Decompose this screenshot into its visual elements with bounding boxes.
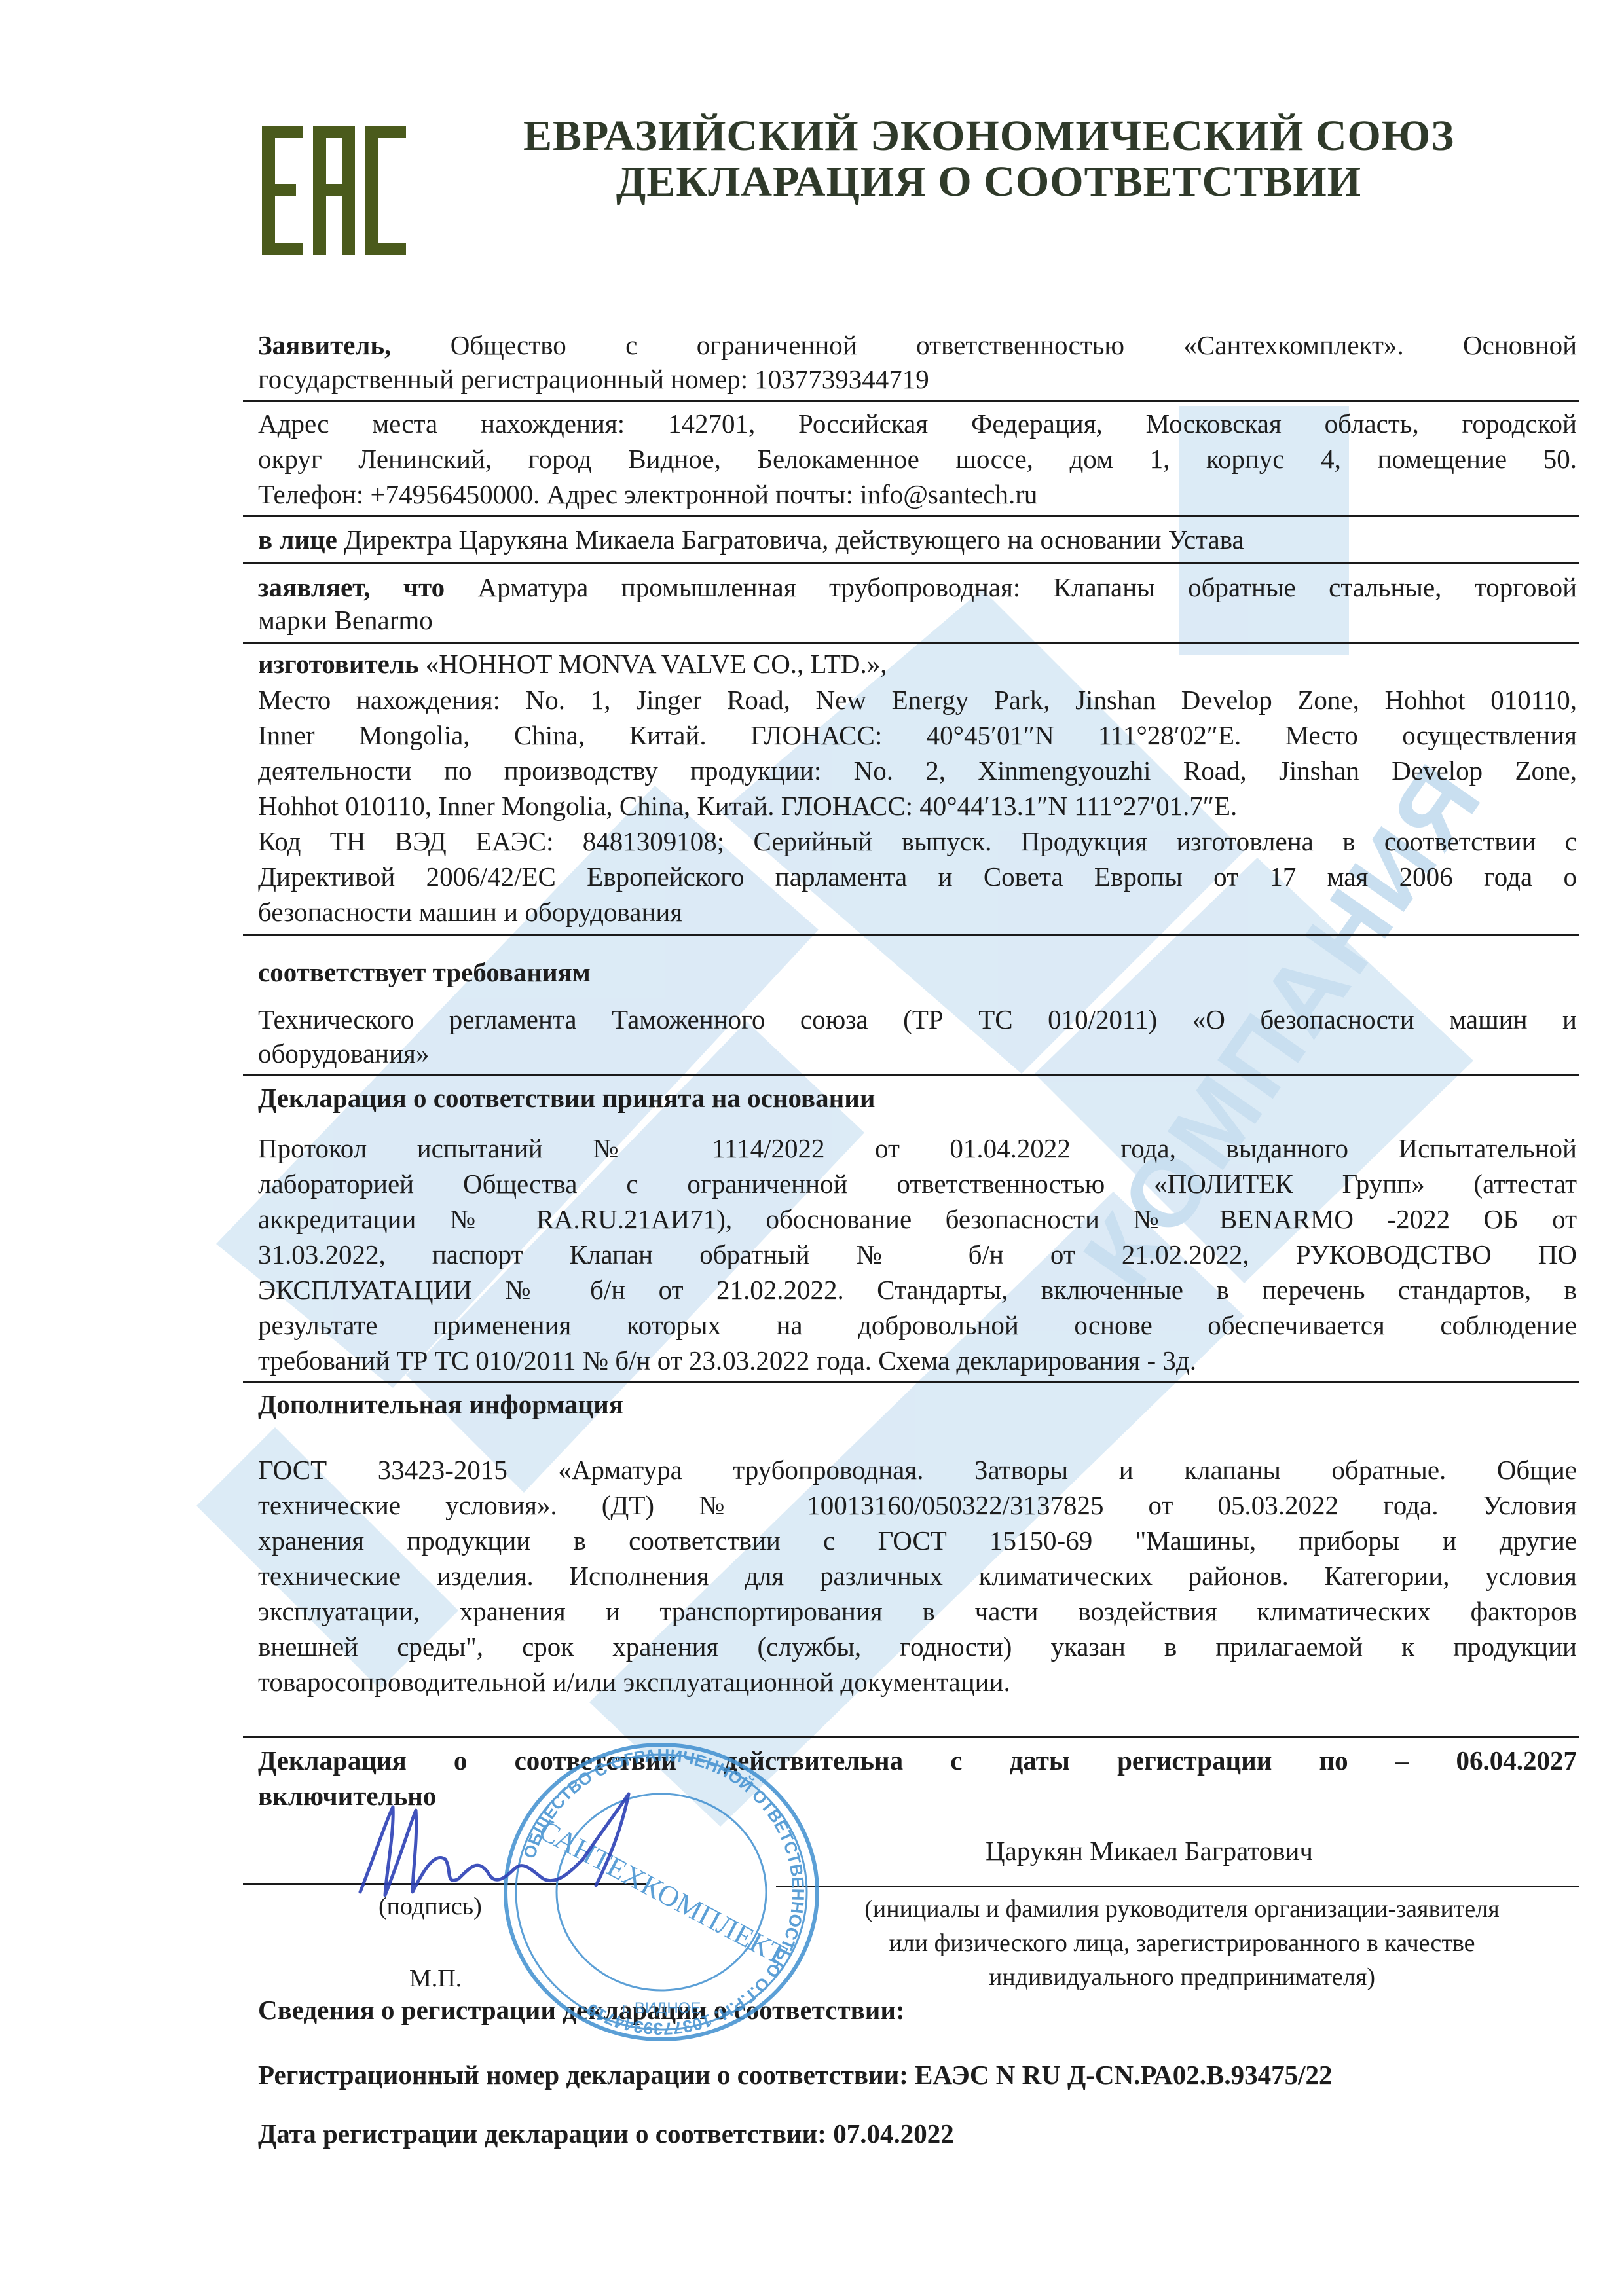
declares-line-2: марки Benarmo <box>258 602 1577 638</box>
divider <box>243 1381 1579 1383</box>
stamp-city-text: г. ВИДНОЕ <box>622 1999 701 2017</box>
divider <box>243 934 1579 936</box>
manufacturer-line: Inner Mongolia, China, Китай. ГЛОНАСС: 4… <box>258 718 1577 753</box>
manufacturer-line: Место нахождения: No. 1, Jinger Road, Ne… <box>258 682 1577 718</box>
complies-line: оборудования» <box>258 1036 1577 1071</box>
divider <box>243 562 1579 564</box>
additional-line: технические изделия. Исполнения для разл… <box>258 1558 1577 1594</box>
basis-line: требований ТР ТС 010/2011 № б/н от 23.03… <box>258 1343 1577 1378</box>
complies-heading: соответствует требованиям <box>258 955 1577 990</box>
manufacturer-line: Код ТН ВЭД ЕАЭС: 8481309108; Серийный вы… <box>258 824 1577 859</box>
applicant-line-2: государственный регистрационный номер: 1… <box>258 361 1577 397</box>
basis-heading: Декларация о соответствии принята на осн… <box>258 1080 1577 1116</box>
basis-line: Протокол испытаний № 1114/2022 от 01.04.… <box>258 1131 1577 1166</box>
declares-line-1: заявляет, что Арматура промышленная труб… <box>258 570 1577 605</box>
seal-label: М.П. <box>409 1964 462 1993</box>
signatory-name: Царукян Микаел Багратович <box>986 1835 1313 1867</box>
complies-line: Технического регламента Таможенного союз… <box>258 1002 1577 1037</box>
manufacturer-line: безопасности машин и оборудования <box>258 894 1577 930</box>
additional-line: технические условия». (ДТ) № 10013160/05… <box>258 1487 1577 1523</box>
divider <box>243 515 1579 517</box>
additional-line: товаросопроводительной и/или эксплуатаци… <box>258 1664 1577 1700</box>
manufacturer-line: Директивой 2006/42/ЕС Европейского парла… <box>258 859 1577 894</box>
manufacturer-line: Hohhot 010110, Inner Mongolia, China, Ки… <box>258 788 1577 824</box>
additional-line: хранения продукции в соответствии с ГОСТ… <box>258 1523 1577 1558</box>
name-line <box>776 1886 1579 1887</box>
registration-date: Дата регистрации декларации о соответств… <box>258 2116 1577 2151</box>
additional-line: эксплуатации, хранения и транспортирован… <box>258 1594 1577 1629</box>
basis-line: результате применения которых на доброво… <box>258 1307 1577 1343</box>
manufacturer-name: изготовитель «HOHHOT MONVA VALVE CO., LT… <box>258 646 1577 682</box>
basis-line: лабораторией Общества с ограниченной отв… <box>258 1166 1577 1201</box>
additional-line: ГОСТ 33423-2015 «Арматура трубопроводная… <box>258 1452 1577 1487</box>
divider <box>243 1736 1579 1738</box>
registration-number: Регистрационный номер декларации о соотв… <box>258 2057 1577 2092</box>
handwritten-signature-icon <box>347 1781 714 1912</box>
basis-line: ЭКСПЛУАТАЦИИ № б/н от 21.02.2022. Станда… <box>258 1272 1577 1307</box>
applicant-address-2: округ Ленинский, город Видное, Белокамен… <box>258 441 1577 477</box>
applicant-address-1: Адрес места нахождения: 142701, Российск… <box>258 406 1577 441</box>
validity-line-1: Декларация о соответствии действительна … <box>258 1743 1577 1778</box>
eac-logo-icon <box>262 126 406 255</box>
divider <box>243 400 1579 402</box>
applicant-label: Заявитель, <box>258 330 391 360</box>
divider <box>243 1074 1579 1076</box>
union-title: ЕВРАЗИЙСКИЙ ЭКОНОМИЧЕСКИЙ СОЮЗ <box>458 111 1519 161</box>
divider <box>243 642 1579 644</box>
name-caption: (инициалы и фамилия руководителя организ… <box>799 1892 1565 1994</box>
represented-by: в лице Директра Царукяна Микаела Баграто… <box>258 522 1577 557</box>
additional-heading: Дополнительная информация <box>258 1387 1577 1422</box>
document-title: ДЕКЛАРАЦИЯ О СООТВЕТСТВИИ <box>458 157 1519 207</box>
registration-heading: Сведения о регистрации декларации о соот… <box>258 1992 1577 2028</box>
basis-line: аккредитации № RA.RU.21АИ71), обосновани… <box>258 1201 1577 1237</box>
applicant-line-1: Заявитель, Общество с ограниченной ответ… <box>258 327 1577 363</box>
manufacturer-line: деятельности по производству продукции: … <box>258 753 1577 788</box>
additional-line: внешней среды", срок хранения (службы, г… <box>258 1629 1577 1664</box>
applicant-contacts: Телефон: +74956450000. Адрес электронной… <box>258 477 1577 512</box>
basis-line: 31.03.2022, паспорт Клапан обратный № б/… <box>258 1237 1577 1272</box>
